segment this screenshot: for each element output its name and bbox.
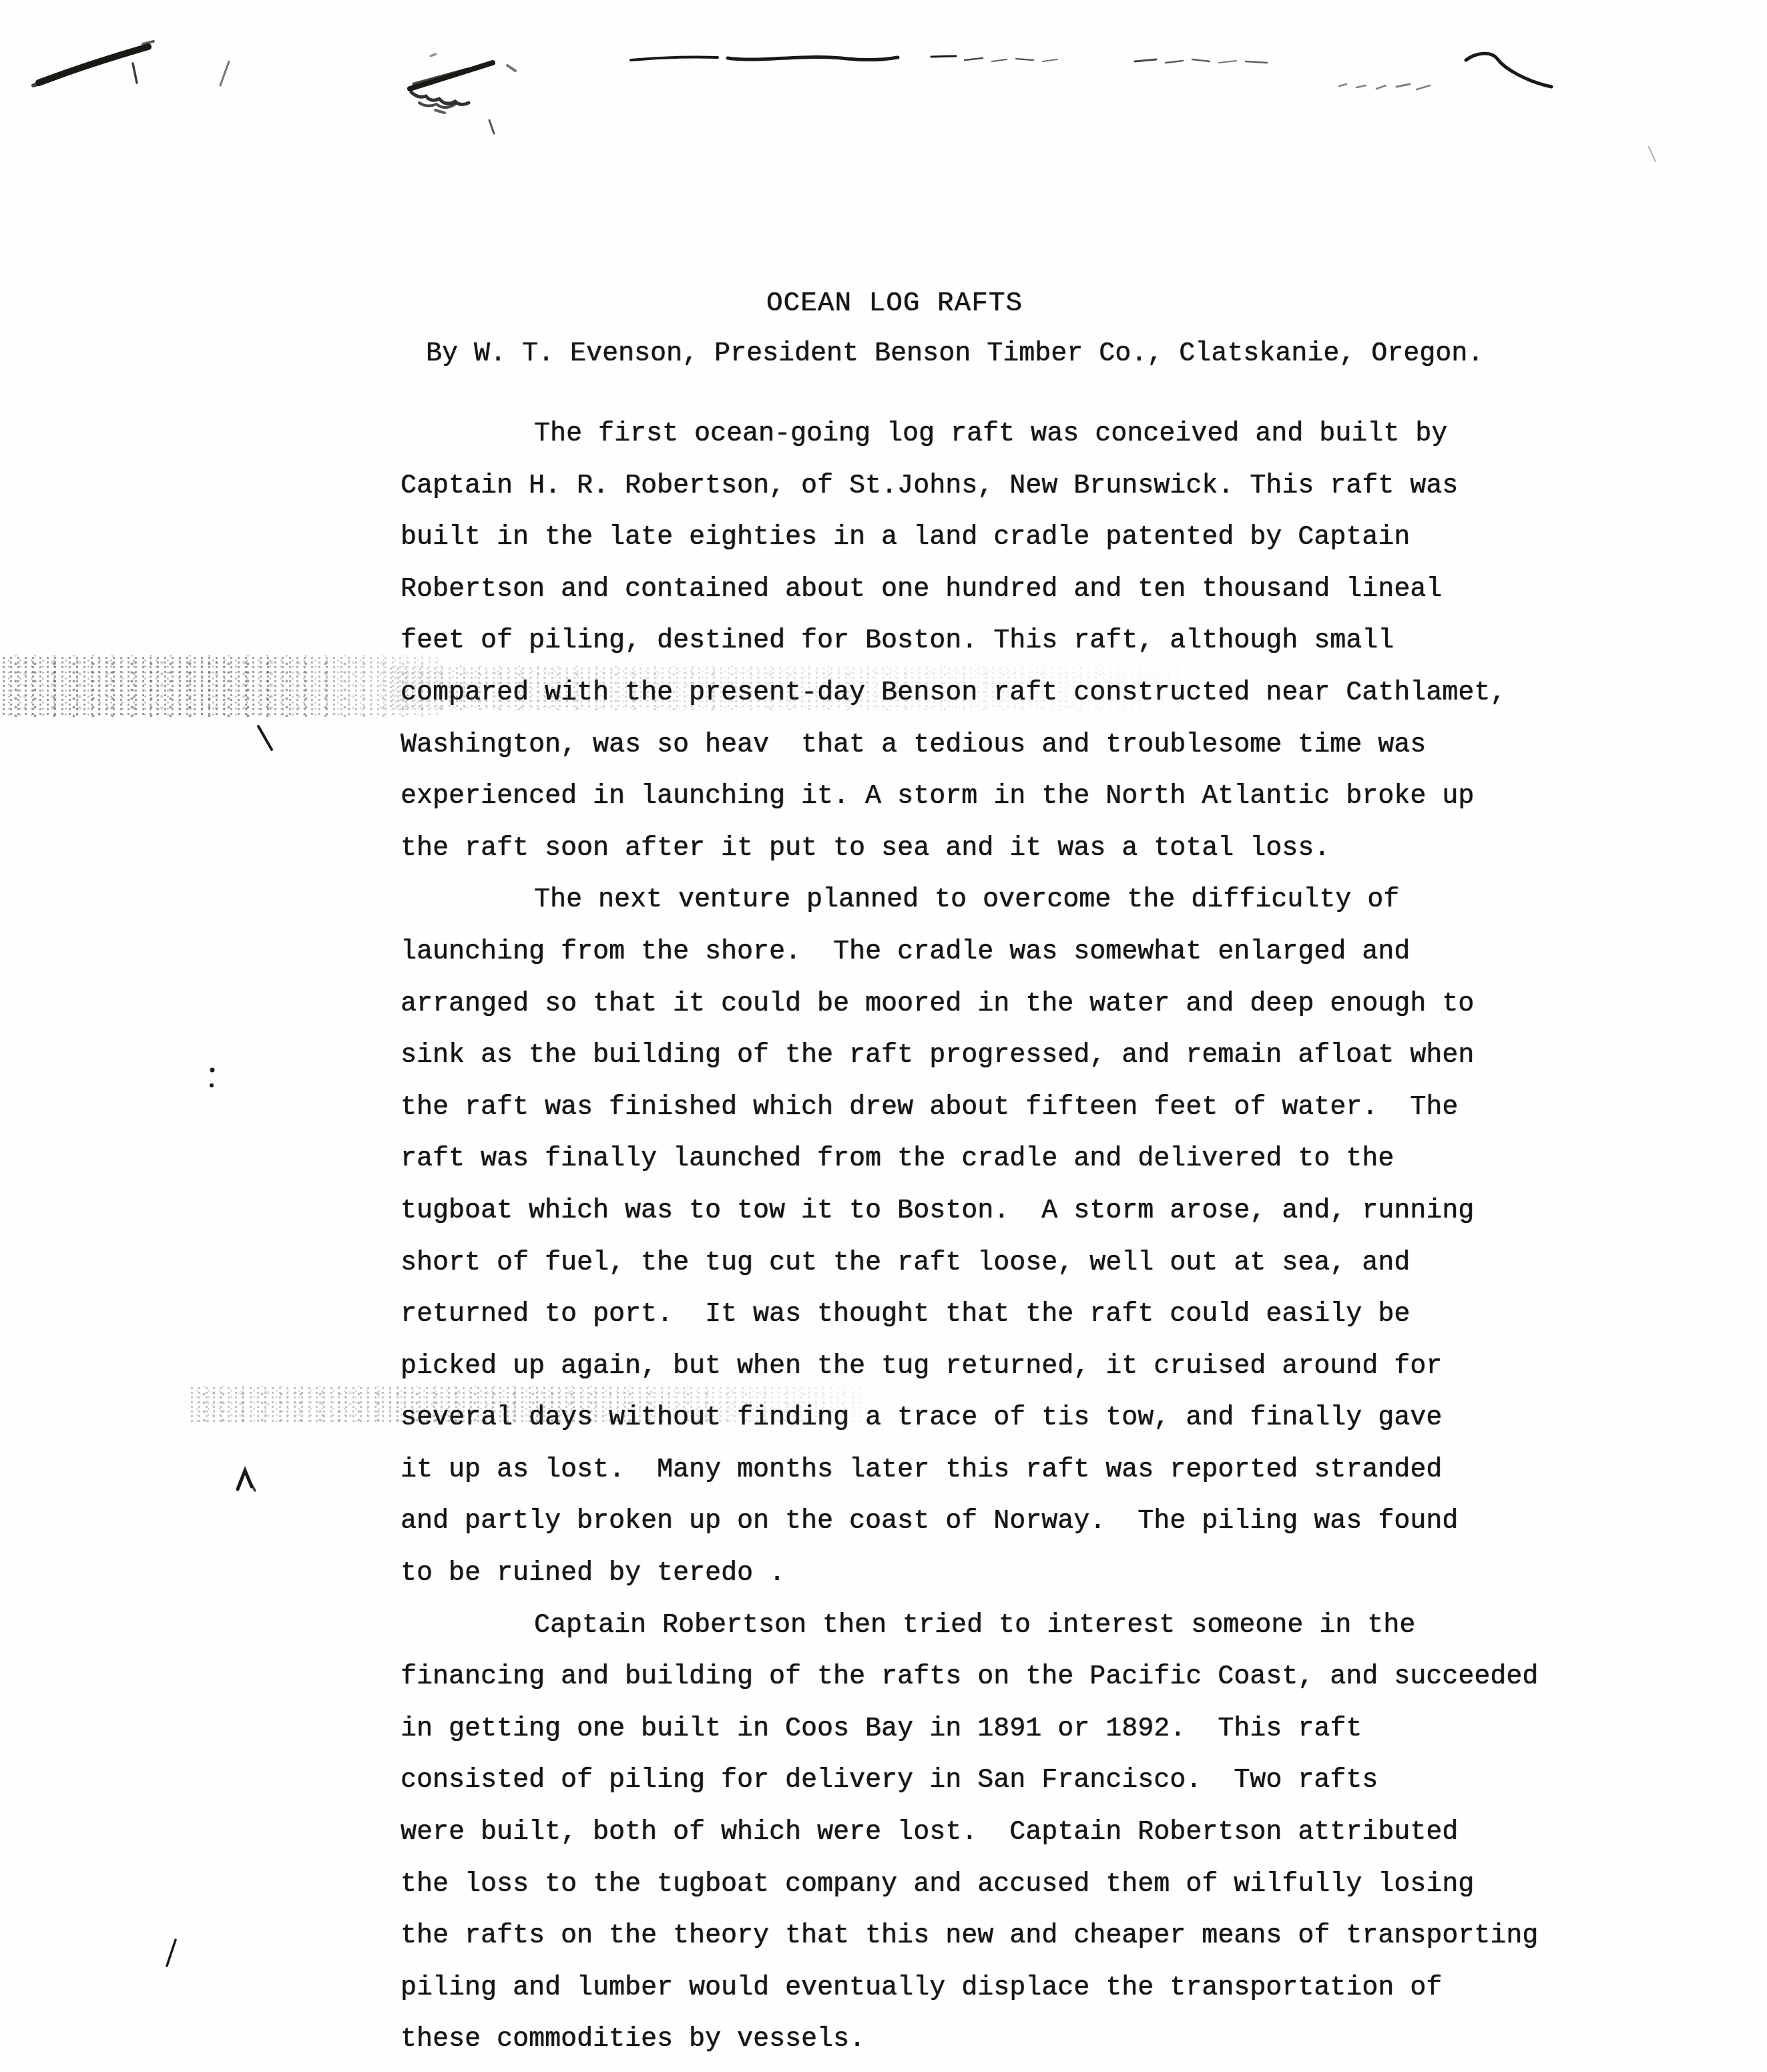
ink-smudge-band-upper-trail — [387, 666, 1182, 710]
pen-curve-top-right-icon — [1466, 53, 1551, 87]
text-line: the loss to the tugboat company and accu… — [401, 1859, 1595, 1911]
text-line: sink as the building of the raft progres… — [401, 1030, 1595, 1082]
text-line: the raft soon after it put to sea and it… — [401, 823, 1595, 875]
text-line: picked up again, but when the tug return… — [401, 1341, 1595, 1393]
margin-backslash-icon — [258, 726, 272, 750]
document-body: The first ocean-going log raft was conce… — [401, 409, 1595, 2066]
text-line: the raft was finished which drew about f… — [401, 1082, 1595, 1134]
text-line: returned to port. It was thought that th… — [401, 1289, 1595, 1341]
ink-smudge-band-lower — [188, 1386, 862, 1424]
faint-pen-marks-icon — [1339, 84, 1430, 89]
text-line: experienced in launching it. A storm in … — [401, 771, 1595, 823]
margin-caret-icon — [238, 1471, 255, 1491]
text-line: The next venture planned to overcome the… — [401, 874, 1595, 927]
text-line: arranged so that it could be moored in t… — [401, 979, 1595, 1031]
margin-colon-icon — [210, 1068, 214, 1087]
text-line: short of fuel, the tug cut the raft loos… — [401, 1238, 1595, 1290]
text-line: feet of piling, destined for Boston. Thi… — [401, 615, 1595, 668]
text-line: tugboat which was to tow it to Boston. A… — [401, 1186, 1595, 1238]
text-line: were built, both of which were lost. Cap… — [401, 1807, 1595, 1859]
pen-tick-icon — [133, 61, 229, 85]
text-line: Washington, was so heav that a tedious a… — [401, 720, 1595, 772]
page-title: OCEAN LOG RAFTS — [374, 288, 1415, 319]
text-line: launching from the shore. The cradle was… — [401, 927, 1595, 979]
text-line: it up as lost. Many months later this ra… — [401, 1445, 1595, 1497]
ink-scribble-icon — [410, 54, 515, 134]
text-line: piling and lumber would eventually displ… — [401, 1963, 1595, 2015]
pen-stroke-top-left-icon — [33, 41, 154, 85]
margin-slash-bottom-icon — [167, 1940, 176, 1966]
byline: By W. T. Evenson, President Benson Timbe… — [426, 339, 1483, 369]
text-line: the rafts on the theory that this new an… — [401, 1910, 1595, 1963]
text-line: these commodities by vessels. — [401, 2014, 1595, 2066]
text-line: in getting one built in Coos Bay in 1891… — [401, 1704, 1595, 1756]
text-line: Captain H. R. Robertson, of St.Johns, Ne… — [401, 461, 1595, 513]
text-line: raft was finally launched from the cradl… — [401, 1133, 1595, 1186]
text-line: to be ruined by teredo . — [401, 1548, 1595, 1600]
text-line: financing and building of the rafts on t… — [401, 1651, 1595, 1704]
ink-smudge-band-upper-left — [0, 656, 441, 717]
text-line: and partly broken up on the coast of Nor… — [401, 1496, 1595, 1548]
scan-edge-dashes-icon — [631, 56, 1267, 63]
text-line: Robertson and contained about one hundre… — [401, 564, 1595, 616]
faint-tick-right-icon — [1649, 147, 1656, 162]
text-line: Captain Robertson then tried to interest… — [401, 1600, 1595, 1652]
text-line: consisted of piling for delivery in San … — [401, 1755, 1595, 1807]
text-line: built in the late eighties in a land cra… — [401, 512, 1595, 564]
text-line: The first ocean-going log raft was conce… — [401, 409, 1595, 461]
scanned-document-page: OCEAN LOG RAFTS By W. T. Evenson, Presid… — [0, 0, 1767, 2072]
